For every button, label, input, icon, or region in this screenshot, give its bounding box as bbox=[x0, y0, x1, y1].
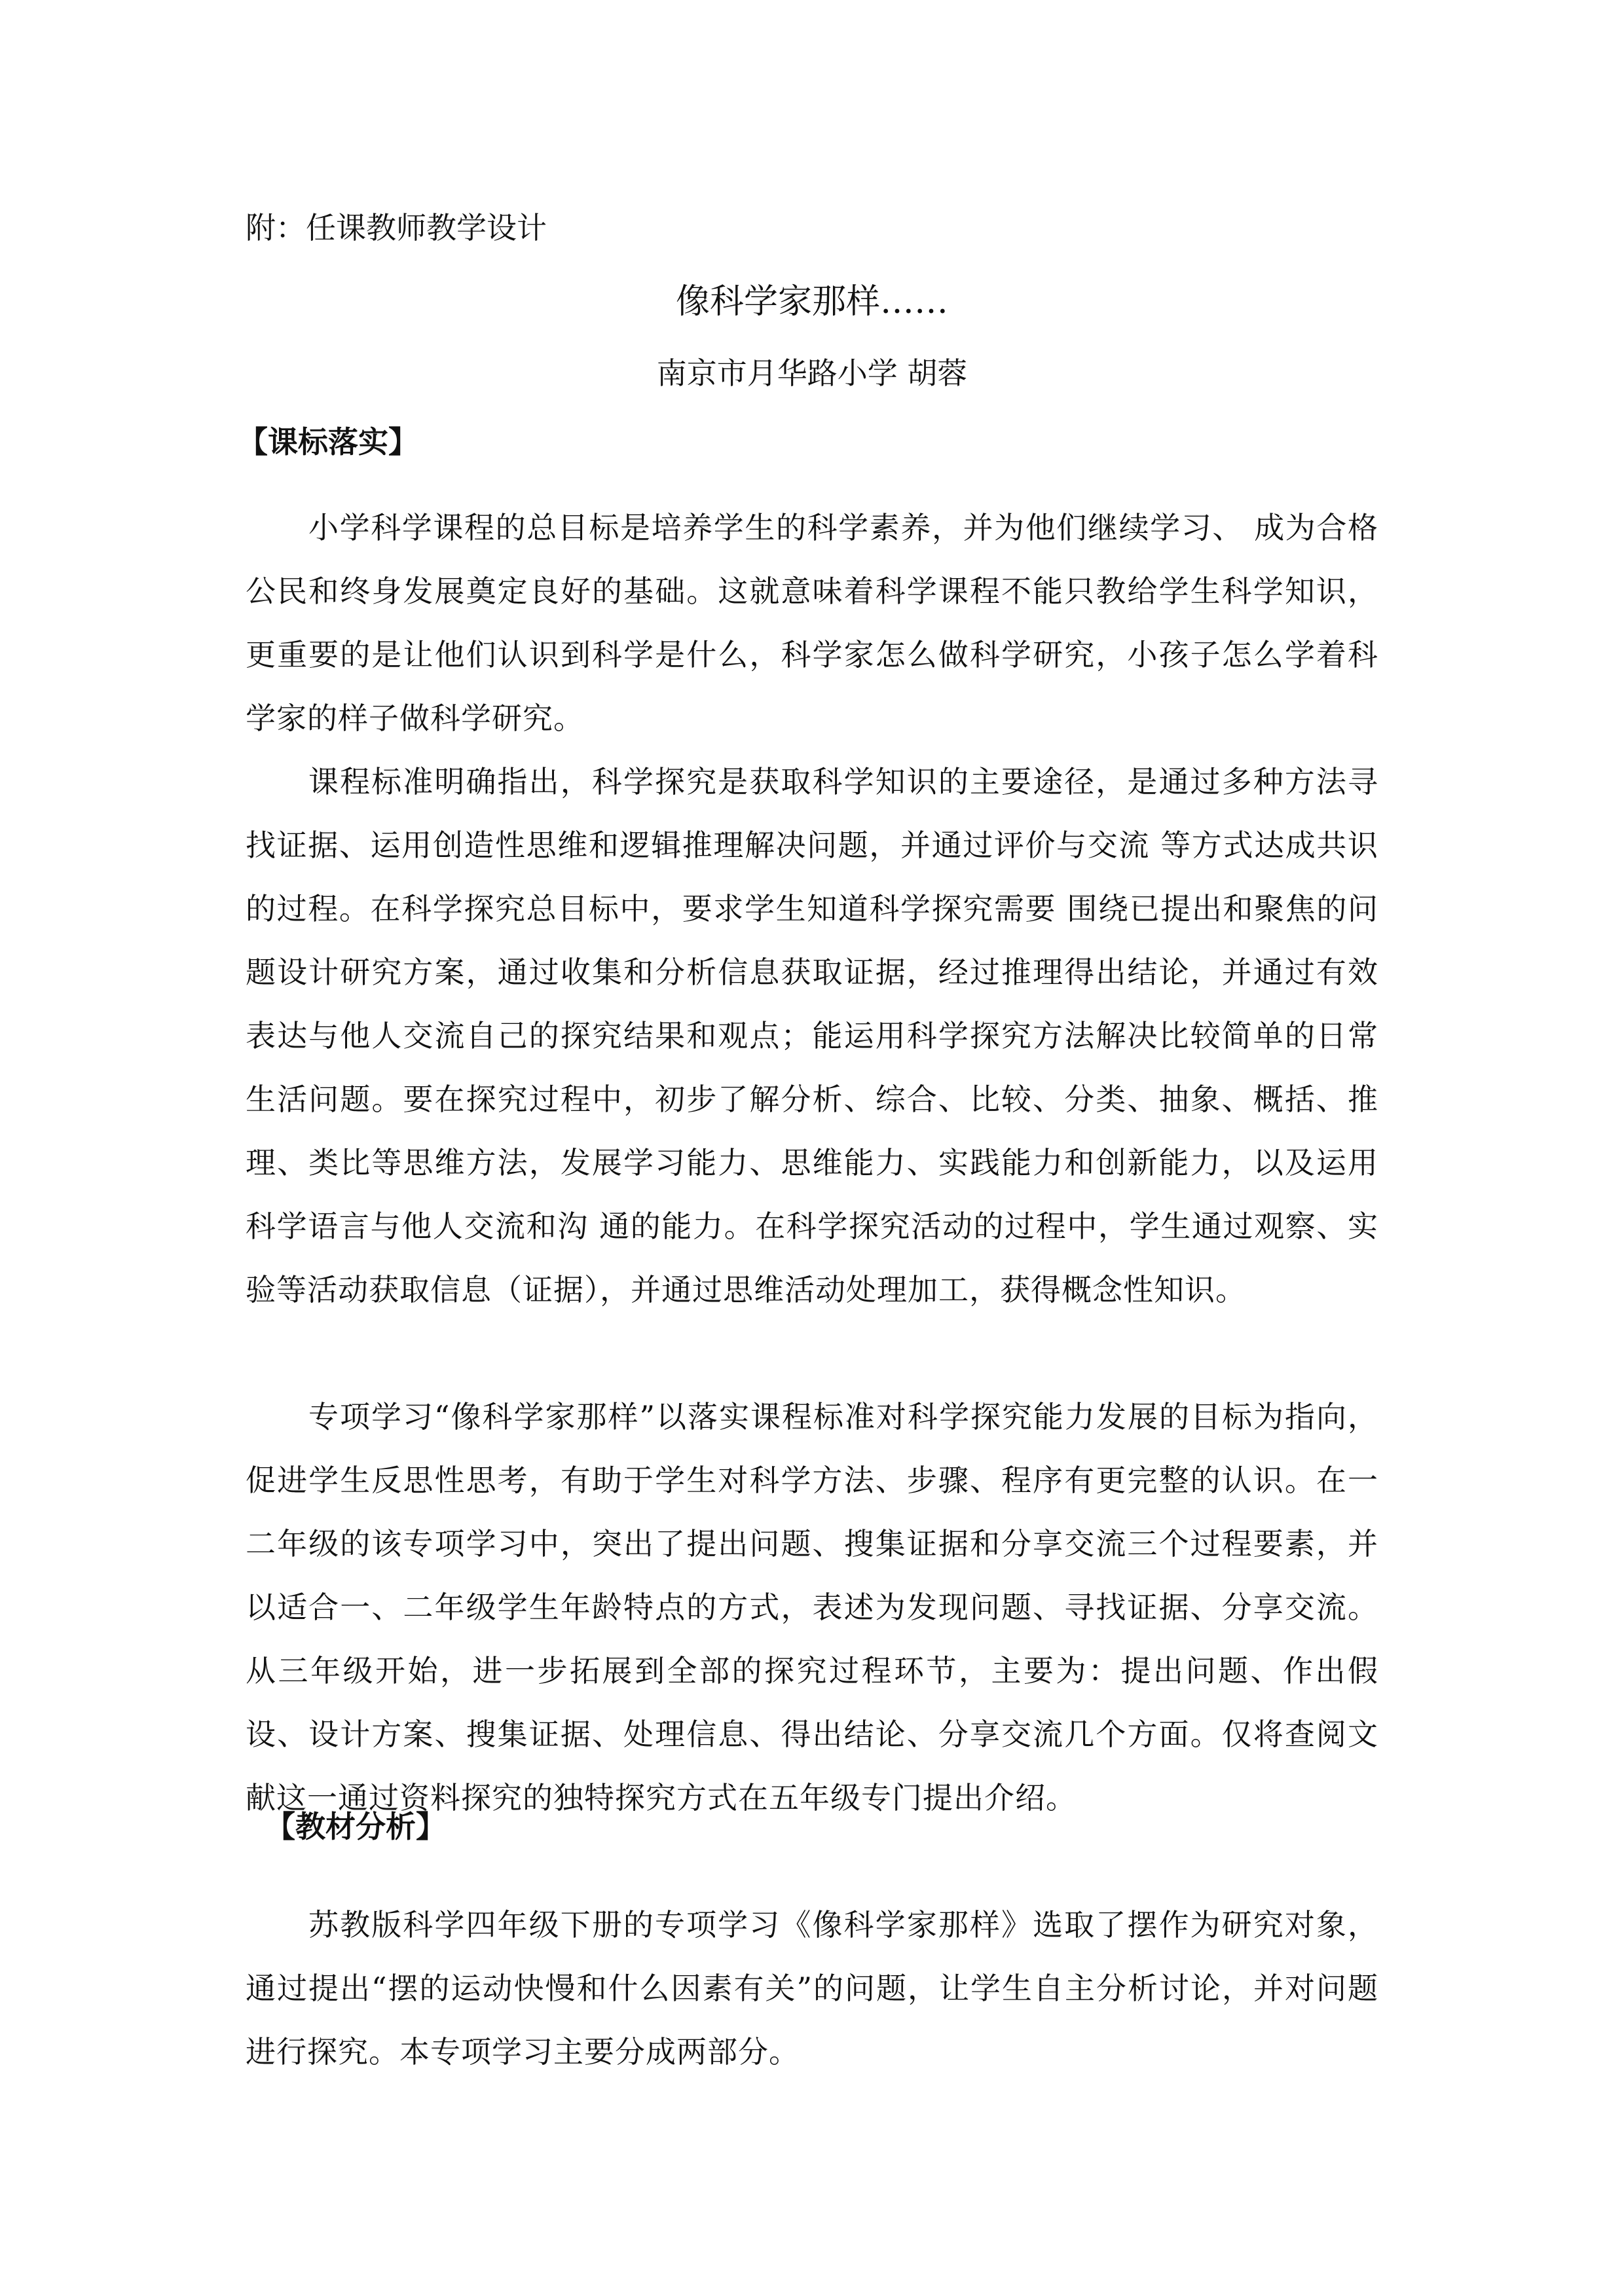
paragraph: 课程标准明确指出，科学探究是获取科学知识的主要途径，是通过多种方法寻找证据、运用… bbox=[246, 750, 1378, 1322]
paragraph: 小学科学课程的总目标是培养学生的科学素养，并为他们继续学习、 成为合格公民和终身… bbox=[246, 496, 1378, 750]
appendix-label: 附：任课教师教学设计 bbox=[246, 208, 547, 247]
paragraph: 苏教版科学四年级下册的专项学习《像科学家那样》选取了摆作为研究对象，通过提出“摆… bbox=[246, 1893, 1378, 2084]
document-author: 南京市月华路小学 胡蓉 bbox=[246, 354, 1378, 393]
paragraph: 专项学习“像科学家那样”以落实课程标准对科学探究能力发展的目标为指向，促进学生反… bbox=[246, 1385, 1378, 1830]
document-title: 像科学家那样…… bbox=[246, 280, 1378, 323]
section-heading-curriculum: 【课标落实】 bbox=[238, 422, 418, 462]
section-heading-textbook-analysis: 【教材分析】 bbox=[265, 1807, 446, 1846]
